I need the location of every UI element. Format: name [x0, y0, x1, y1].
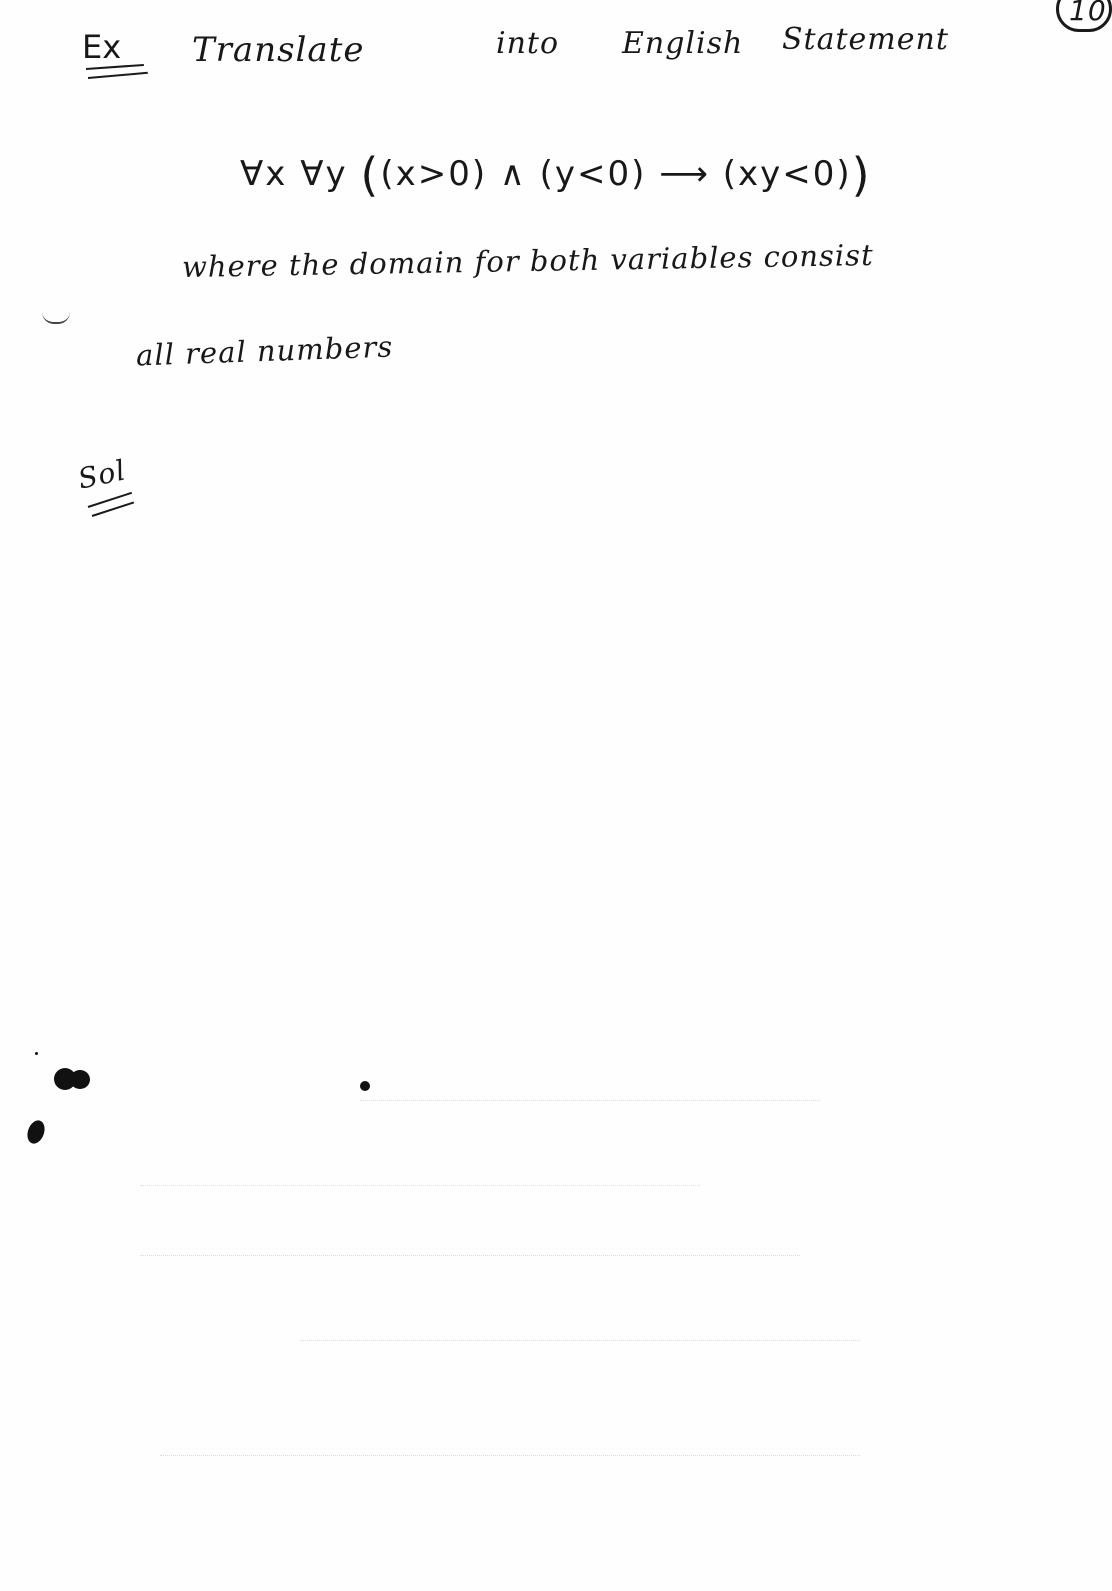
logic-formula: ∀x ∀y ((x>0) ∧ (y<0) ⟶ (xy<0)) [240, 148, 872, 202]
bleed-through-mark [140, 1255, 800, 1256]
heading-word-translate: Translate [192, 30, 364, 70]
margin-mark [42, 312, 70, 324]
formula-close-paren: ) [852, 148, 872, 202]
ink-blot [24, 1118, 47, 1146]
formula-consequent: (xy<0) [723, 154, 852, 194]
example-label: Ex [82, 28, 121, 66]
heading-word-english: English [622, 26, 743, 61]
bleed-through-mark [300, 1340, 860, 1341]
heading-word-statement: Statement [782, 22, 949, 57]
bleed-through-mark [140, 1185, 700, 1186]
solution-label: Sol [75, 453, 129, 495]
bleed-through-mark [360, 1100, 820, 1101]
ink-blot [360, 1081, 370, 1091]
formula-open-paren: ( [360, 148, 380, 202]
formula-antecedent: (x>0) ∧ (y<0) [380, 154, 646, 194]
ink-blot [70, 1070, 90, 1089]
ink-dot [35, 1052, 38, 1055]
scanned-page: 10 Ex Translate into English Statement ∀… [0, 0, 1112, 1591]
domain-text-line-1: where the domain for both variables cons… [182, 238, 874, 284]
example-underline-2 [88, 72, 148, 79]
page-number-circle: 10 [1056, 0, 1112, 32]
heading-word-into: into [496, 26, 559, 61]
domain-text-line-2: all real numbers [135, 330, 393, 373]
formula-arrow: ⟶ [659, 154, 710, 194]
formula-quantifiers: ∀x ∀y [240, 154, 348, 194]
bleed-through-mark [160, 1455, 860, 1456]
